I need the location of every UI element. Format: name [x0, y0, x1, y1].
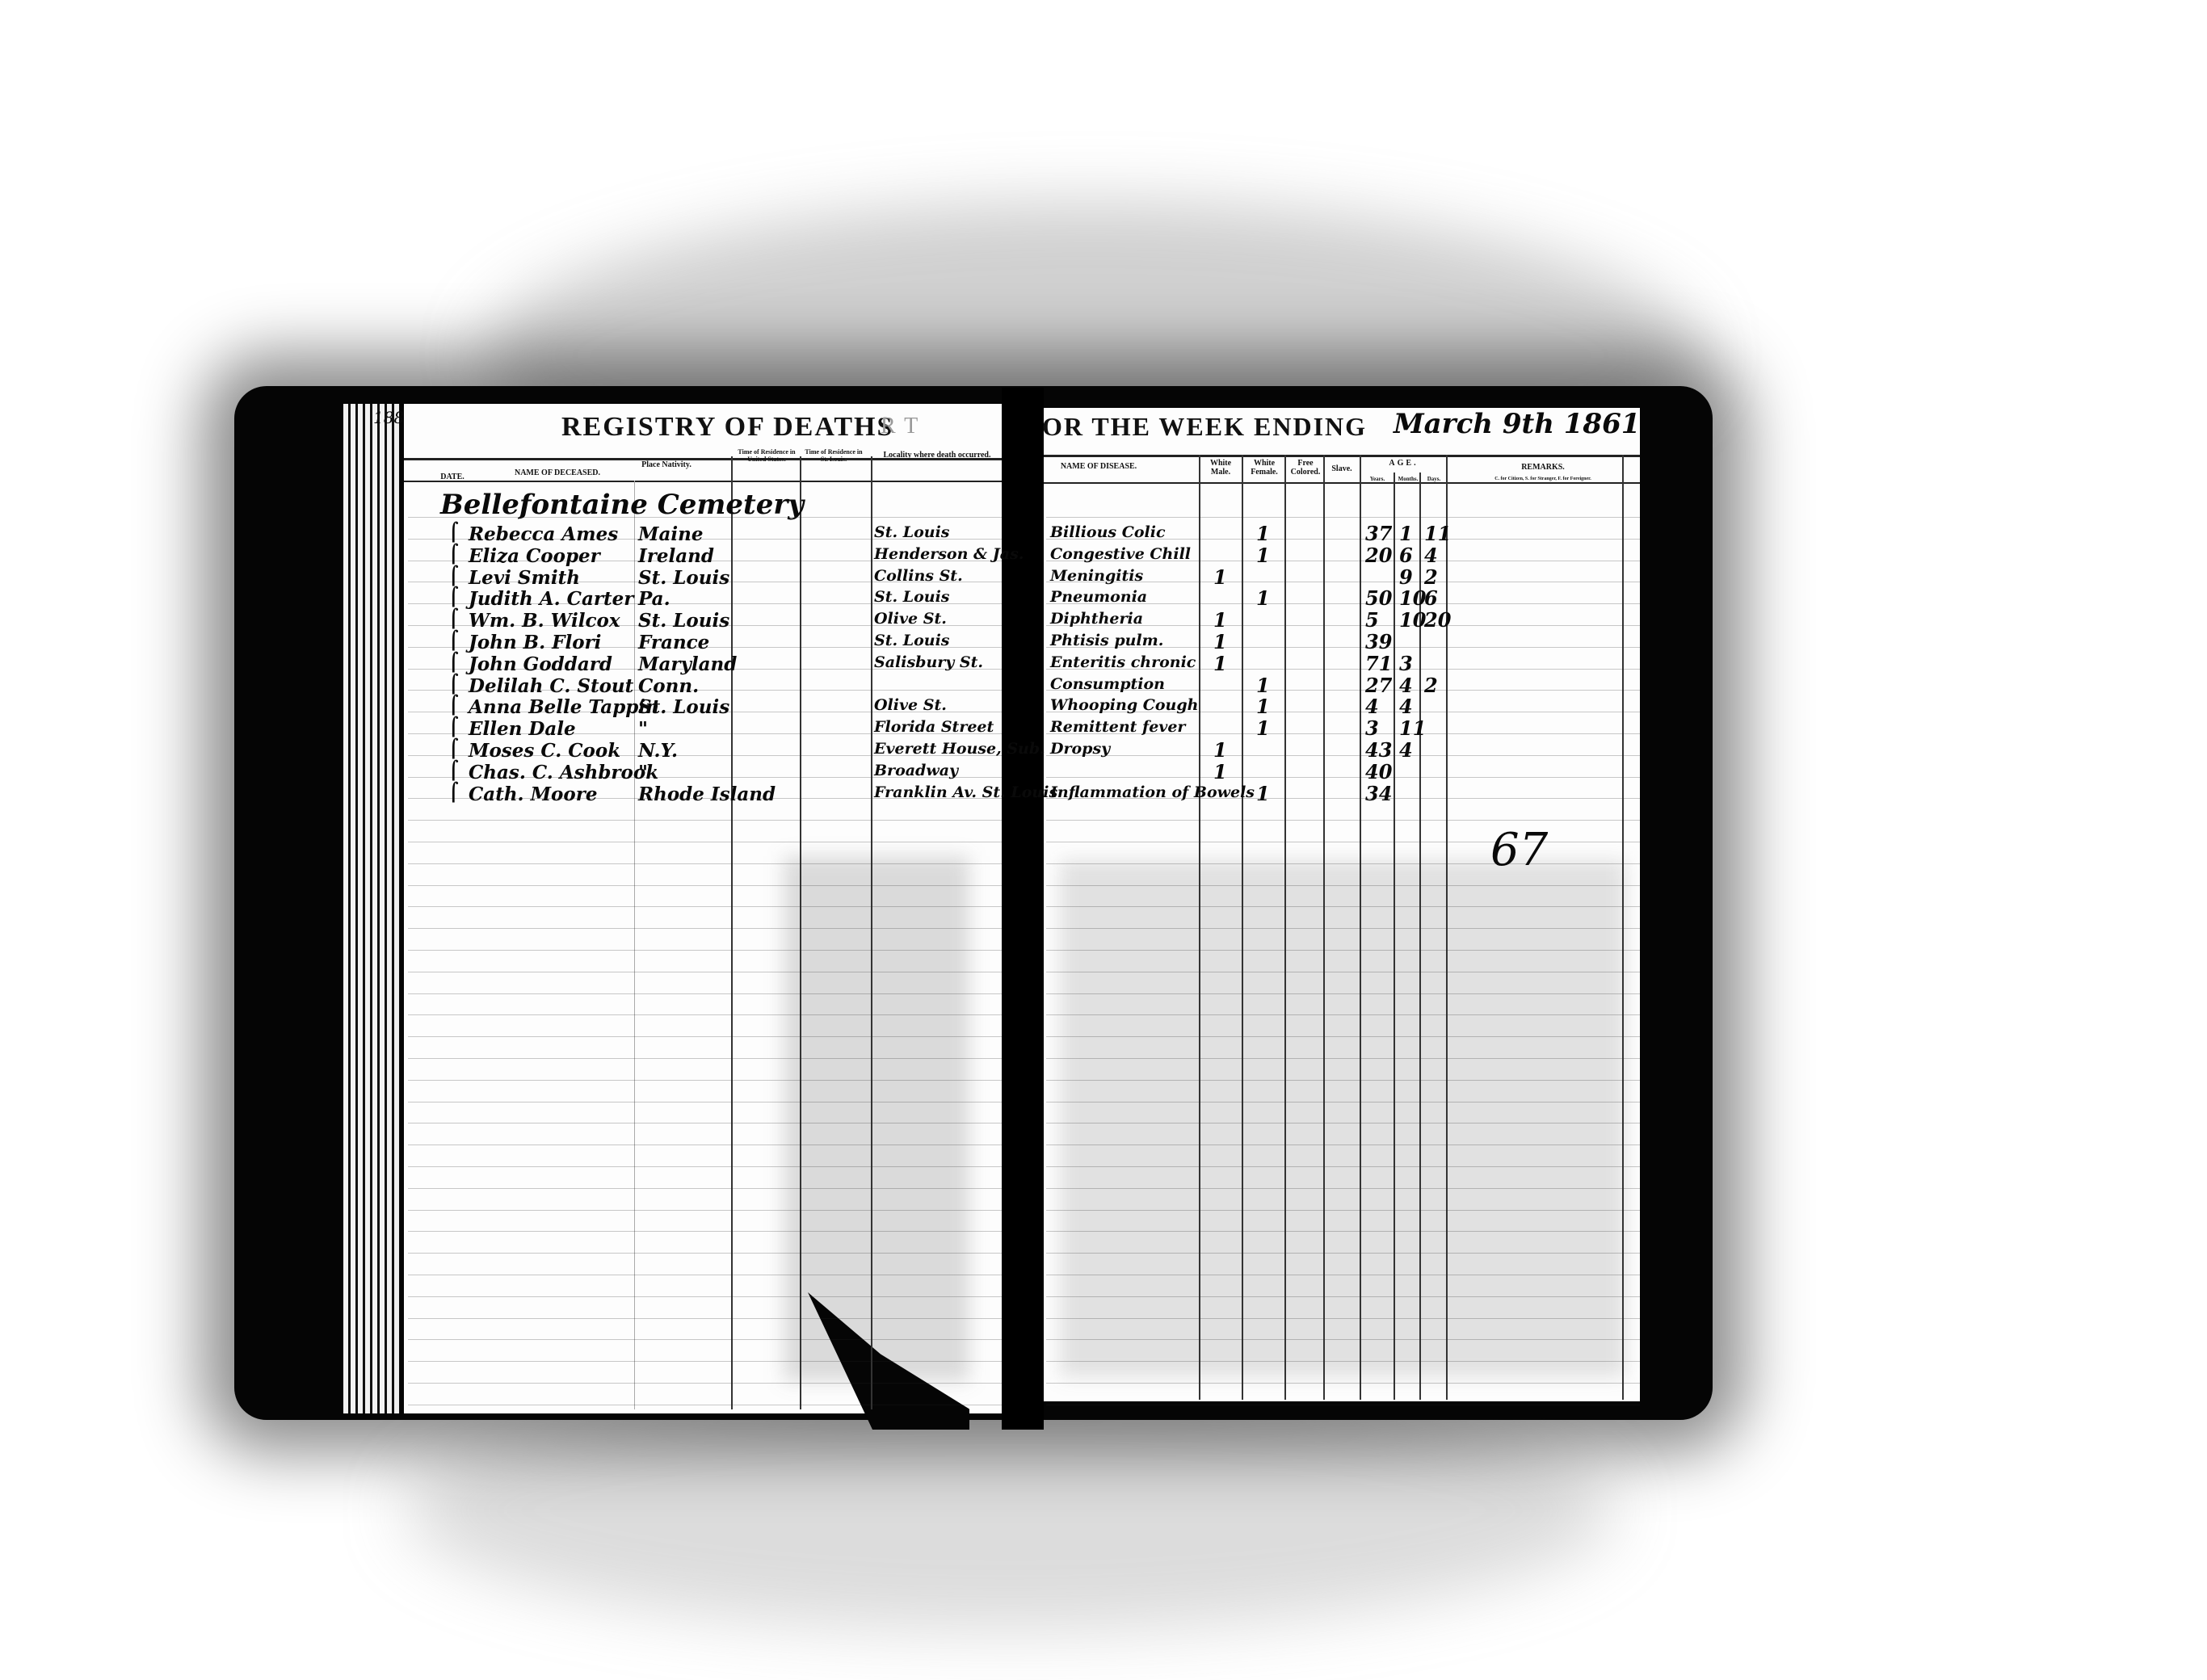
entry-white-female: 1: [1256, 695, 1270, 718]
ruled-line: [408, 1296, 1002, 1297]
entry-age-days: 20: [1424, 608, 1451, 632]
ruled-line: [1046, 1166, 1640, 1167]
entry-locality: Henderson & Jas.: [874, 545, 1024, 563]
entry-disease: Congestive Chill: [1050, 545, 1191, 563]
entry-age-months: 4: [1399, 738, 1413, 762]
ruled-line: [408, 517, 1002, 518]
ruled-line: [408, 820, 1002, 821]
column-divider: [1394, 472, 1395, 1400]
ruled-line: [1046, 842, 1640, 842]
entry-nativity: St. Louis: [638, 610, 729, 632]
entry-name: Chas. C. Ashbrook: [469, 762, 658, 783]
entry-disease: Enteritis chronic: [1050, 653, 1196, 671]
entry-age-months: 6: [1399, 544, 1413, 567]
ruled-line: [1046, 1123, 1640, 1123]
entry-white-male: 1: [1213, 565, 1227, 589]
page-stain: [1060, 860, 1625, 1377]
entry-age-days: 6: [1424, 586, 1438, 610]
entry-white-female: 1: [1256, 782, 1270, 805]
column-header-years: Years.: [1361, 475, 1394, 484]
ruled-line: [1046, 517, 1640, 518]
entry-locality: Broadway: [874, 762, 958, 779]
ruled-line: [408, 950, 1002, 951]
column-header-white-male: White Male.: [1201, 459, 1240, 477]
date-ditto-mark: ⌠: [448, 738, 459, 759]
header-rule: [1044, 455, 1640, 457]
entry-age-months: 3: [1399, 652, 1413, 675]
ruled-line: [1046, 863, 1640, 864]
entry-age-years: 4: [1365, 695, 1379, 718]
entry-disease: Billious Colic: [1050, 523, 1166, 541]
entry-locality: Franklin Av. St. Louis: [874, 783, 1057, 801]
column-header-date: DATE.: [432, 472, 473, 481]
column-divider: [731, 456, 733, 1409]
entry-name: Anna Belle Tappin: [469, 696, 659, 718]
entry-age-years: 27: [1365, 674, 1392, 697]
week-ending-date: March 9th 1861: [1394, 408, 1640, 440]
entry-locality: Salisbury St.: [874, 653, 983, 671]
entry-age-years: 3: [1365, 716, 1379, 740]
right-page-title: OR THE WEEK ENDING: [1042, 412, 1367, 442]
ruled-line: [408, 1166, 1002, 1167]
column-header-white-female: White Female.: [1244, 459, 1284, 477]
date-ditto-mark: ⌠: [448, 586, 459, 607]
ruled-line: [1046, 1405, 1640, 1405]
book-gutter: [1002, 388, 1044, 1430]
ruled-line: [408, 1253, 1002, 1254]
entry-name: John B. Flori: [469, 632, 601, 653]
entry-white-male: 1: [1213, 652, 1227, 675]
ruled-line: [408, 1144, 1002, 1145]
ruled-line: [1046, 1253, 1640, 1254]
ruled-line: [1046, 1275, 1640, 1275]
column-header-name: NAME OF DECEASED.: [501, 468, 614, 477]
ruled-line: [1046, 1102, 1640, 1102]
ruled-line: [1046, 820, 1640, 821]
ruled-line: [1046, 906, 1640, 907]
entry-name: Cath. Moore: [469, 783, 597, 805]
ruled-line: [1046, 1080, 1640, 1081]
column-divider: [1284, 455, 1286, 1400]
entry-white-female: 1: [1256, 674, 1270, 697]
entry-nativity: ": [638, 718, 648, 740]
column-header-days: Days.: [1422, 475, 1446, 484]
cemetery-heading: Bellefontaine Cemetery: [440, 489, 804, 521]
entry-locality: St. Louis: [874, 523, 950, 541]
ruled-line: [408, 1210, 1002, 1211]
ruled-line: [1046, 1014, 1640, 1015]
entry-white-male: 1: [1213, 738, 1227, 762]
column-divider: [1199, 455, 1200, 1400]
ruled-line: [1046, 972, 1640, 972]
date-ditto-mark: ⌠: [448, 716, 459, 737]
entry-age-days: 4: [1424, 544, 1438, 567]
column-header-remarks: REMARKS.: [1454, 463, 1632, 472]
entry-name: John Goddard: [469, 653, 612, 675]
date-ditto-mark: ⌠: [448, 630, 459, 651]
date-ditto-mark: ⌠: [448, 760, 459, 781]
entry-age-days: 11: [1424, 522, 1451, 545]
entry-age-years: 40: [1365, 760, 1392, 783]
column-divider: [1446, 455, 1448, 1400]
entry-nativity: St. Louis: [638, 696, 729, 718]
column-divider: [1622, 455, 1624, 1400]
ruled-line: [1046, 950, 1640, 951]
entry-white-male: 1: [1213, 608, 1227, 632]
entry-disease: Whooping Cough: [1050, 696, 1198, 714]
entry-white-female: 1: [1256, 586, 1270, 610]
ruled-line: [408, 1058, 1002, 1059]
entry-locality: Collins St.: [874, 567, 963, 585]
bleed-through-text: R T: [881, 414, 919, 439]
entry-name: Levi Smith: [469, 567, 580, 589]
column-header-locality: Locality where death occurred.: [872, 451, 1002, 460]
header-rule: [404, 481, 1002, 482]
ruled-line: [408, 906, 1002, 907]
entry-age-years: 34: [1365, 782, 1392, 805]
date-ditto-mark: ⌠: [448, 652, 459, 673]
page-number: 188: [373, 408, 404, 427]
ruled-line: [1046, 1210, 1640, 1211]
column-divider: [1323, 455, 1325, 1400]
margin-note: 67: [1490, 824, 1548, 876]
entry-name: Rebecca Ames: [469, 523, 618, 545]
entry-age-years: 43: [1365, 738, 1392, 762]
entry-age-months: 4: [1399, 695, 1413, 718]
ruled-line: [408, 842, 1002, 842]
ruled-line: [408, 993, 1002, 994]
entry-age-months: 9: [1399, 565, 1413, 589]
entry-disease: Inflammation of Bowels: [1050, 783, 1255, 801]
column-divider: [871, 456, 872, 1409]
column-divider: [634, 481, 635, 1409]
ruled-line: [408, 1275, 1002, 1275]
column-header-disease: NAME OF DISEASE.: [1042, 462, 1155, 471]
ruled-line: [408, 885, 1002, 886]
ruled-line: [1046, 1361, 1640, 1362]
ruled-line: [408, 1318, 1002, 1319]
entry-nativity: Maryland: [638, 653, 737, 675]
ruled-line: [408, 1014, 1002, 1015]
entry-disease: Consumption: [1050, 675, 1165, 693]
column-divider: [1360, 455, 1361, 1400]
date-ditto-mark: ⌠: [448, 782, 459, 803]
ruled-line: [1046, 755, 1640, 756]
page-stain: [784, 856, 969, 1381]
ruled-line: [1046, 993, 1640, 994]
entry-age-days: 2: [1424, 565, 1438, 589]
ruled-line: [1046, 1339, 1640, 1340]
remarks-subheading: C. for Citizen, S. for Stranger, F. for …: [1454, 475, 1632, 484]
ruled-line: [1046, 885, 1640, 886]
ruled-line: [1046, 1296, 1640, 1297]
entry-age-days: 2: [1424, 674, 1438, 697]
ruled-line: [1046, 1383, 1640, 1384]
entry-disease: Diphtheria: [1050, 610, 1143, 628]
entry-age-months: 11: [1399, 716, 1426, 740]
entry-name: Ellen Dale: [469, 718, 576, 740]
entry-age-years: 71: [1365, 652, 1392, 675]
entry-disease: Meningitis: [1050, 567, 1143, 585]
date-ditto-mark: ⌠: [448, 674, 459, 695]
entry-age-months: 10: [1399, 608, 1426, 632]
column-header-residence-us: Time of Residence in United States.: [735, 448, 798, 463]
date-ditto-mark: ⌠: [448, 608, 459, 629]
ruled-line: [408, 1123, 1002, 1123]
left-page-title: REGISTRY OF DEATHS: [561, 412, 893, 443]
page-edges: [343, 404, 400, 1413]
ruled-line: [1046, 1058, 1640, 1059]
entry-age-years: 50: [1365, 586, 1392, 610]
ruled-line: [408, 972, 1002, 972]
entry-name: Wm. B. Wilcox: [469, 610, 620, 632]
entry-disease: Phtisis pulm.: [1050, 632, 1163, 649]
ruled-line: [408, 1080, 1002, 1081]
ruled-line: [408, 1036, 1002, 1037]
ruled-line: [1046, 1144, 1640, 1145]
entry-age-months: 10: [1399, 586, 1426, 610]
entry-white-female: 1: [1256, 716, 1270, 740]
entry-age-years: 5: [1365, 608, 1379, 632]
column-header-slave: Slave.: [1325, 464, 1359, 473]
ruled-line: [1046, 1036, 1640, 1037]
entry-nativity: Maine: [638, 523, 703, 545]
ruled-line: [408, 1231, 1002, 1232]
entry-nativity: Rhode Island: [638, 783, 776, 805]
column-divider: [800, 456, 801, 1409]
entry-white-male: 1: [1213, 630, 1227, 653]
ruled-line: [408, 1405, 1002, 1405]
entry-locality: St. Louis: [874, 588, 950, 606]
entry-nativity: Conn.: [638, 675, 699, 697]
column-header-months: Months.: [1395, 475, 1421, 484]
ruled-line: [408, 1102, 1002, 1102]
entry-locality: Olive St.: [874, 696, 947, 714]
date-ditto-mark: ⌠: [448, 522, 459, 543]
entry-age-months: 1: [1399, 522, 1413, 545]
entry-white-male: 1: [1213, 760, 1227, 783]
entry-nativity: ": [638, 762, 648, 783]
entry-age-years: 20: [1365, 544, 1392, 567]
ruled-line: [1046, 777, 1640, 778]
column-header-age: AGE.: [1361, 459, 1446, 468]
entry-name: Judith A. Carter: [469, 588, 633, 610]
entry-name: Eliza Cooper: [469, 545, 600, 567]
ruled-line: [1046, 928, 1640, 929]
entry-age-months: 4: [1399, 674, 1413, 697]
entry-locality: Florida Street: [874, 718, 994, 736]
entry-name: Delilah C. Stout: [469, 675, 633, 697]
column-divider: [1242, 455, 1243, 1400]
ruled-line: [408, 863, 1002, 864]
date-ditto-mark: ⌠: [448, 565, 459, 586]
entry-name: Moses C. Cook: [469, 740, 620, 762]
entry-disease: Pneumonia: [1050, 588, 1147, 606]
ruled-line: [408, 1188, 1002, 1189]
entry-locality: Everett House, Sub.: [874, 740, 1045, 758]
entry-disease: Remittent fever: [1050, 718, 1185, 736]
ruled-line: [1046, 1188, 1640, 1189]
entry-nativity: Pa.: [638, 588, 671, 610]
column-header-nativity: Place Nativity.: [630, 460, 703, 469]
ruled-line: [1046, 1231, 1640, 1232]
ruled-line: [408, 1339, 1002, 1340]
entry-nativity: Ireland: [638, 545, 714, 567]
entry-locality: St. Louis: [874, 632, 950, 649]
entry-disease: Dropsy: [1050, 740, 1110, 758]
entry-nativity: France: [638, 632, 709, 653]
column-header-free-colored: Free Colored.: [1287, 459, 1324, 477]
column-header-residence-stl: Time of Residence in St. Louis.: [802, 448, 865, 463]
date-ditto-mark: ⌠: [448, 695, 459, 716]
entry-locality: Olive St.: [874, 610, 947, 628]
entry-nativity: N.Y.: [638, 740, 678, 762]
entry-age-years: 37: [1365, 522, 1392, 545]
entry-age-years: 39: [1365, 630, 1392, 653]
ruled-line: [1046, 1318, 1640, 1319]
ruled-line: [408, 1383, 1002, 1384]
ruled-line: [408, 1361, 1002, 1362]
entry-nativity: St. Louis: [638, 567, 729, 589]
ruled-line: [408, 928, 1002, 929]
entry-white-female: 1: [1256, 544, 1270, 567]
date-ditto-mark: ⌠: [448, 544, 459, 565]
entry-white-female: 1: [1256, 522, 1270, 545]
